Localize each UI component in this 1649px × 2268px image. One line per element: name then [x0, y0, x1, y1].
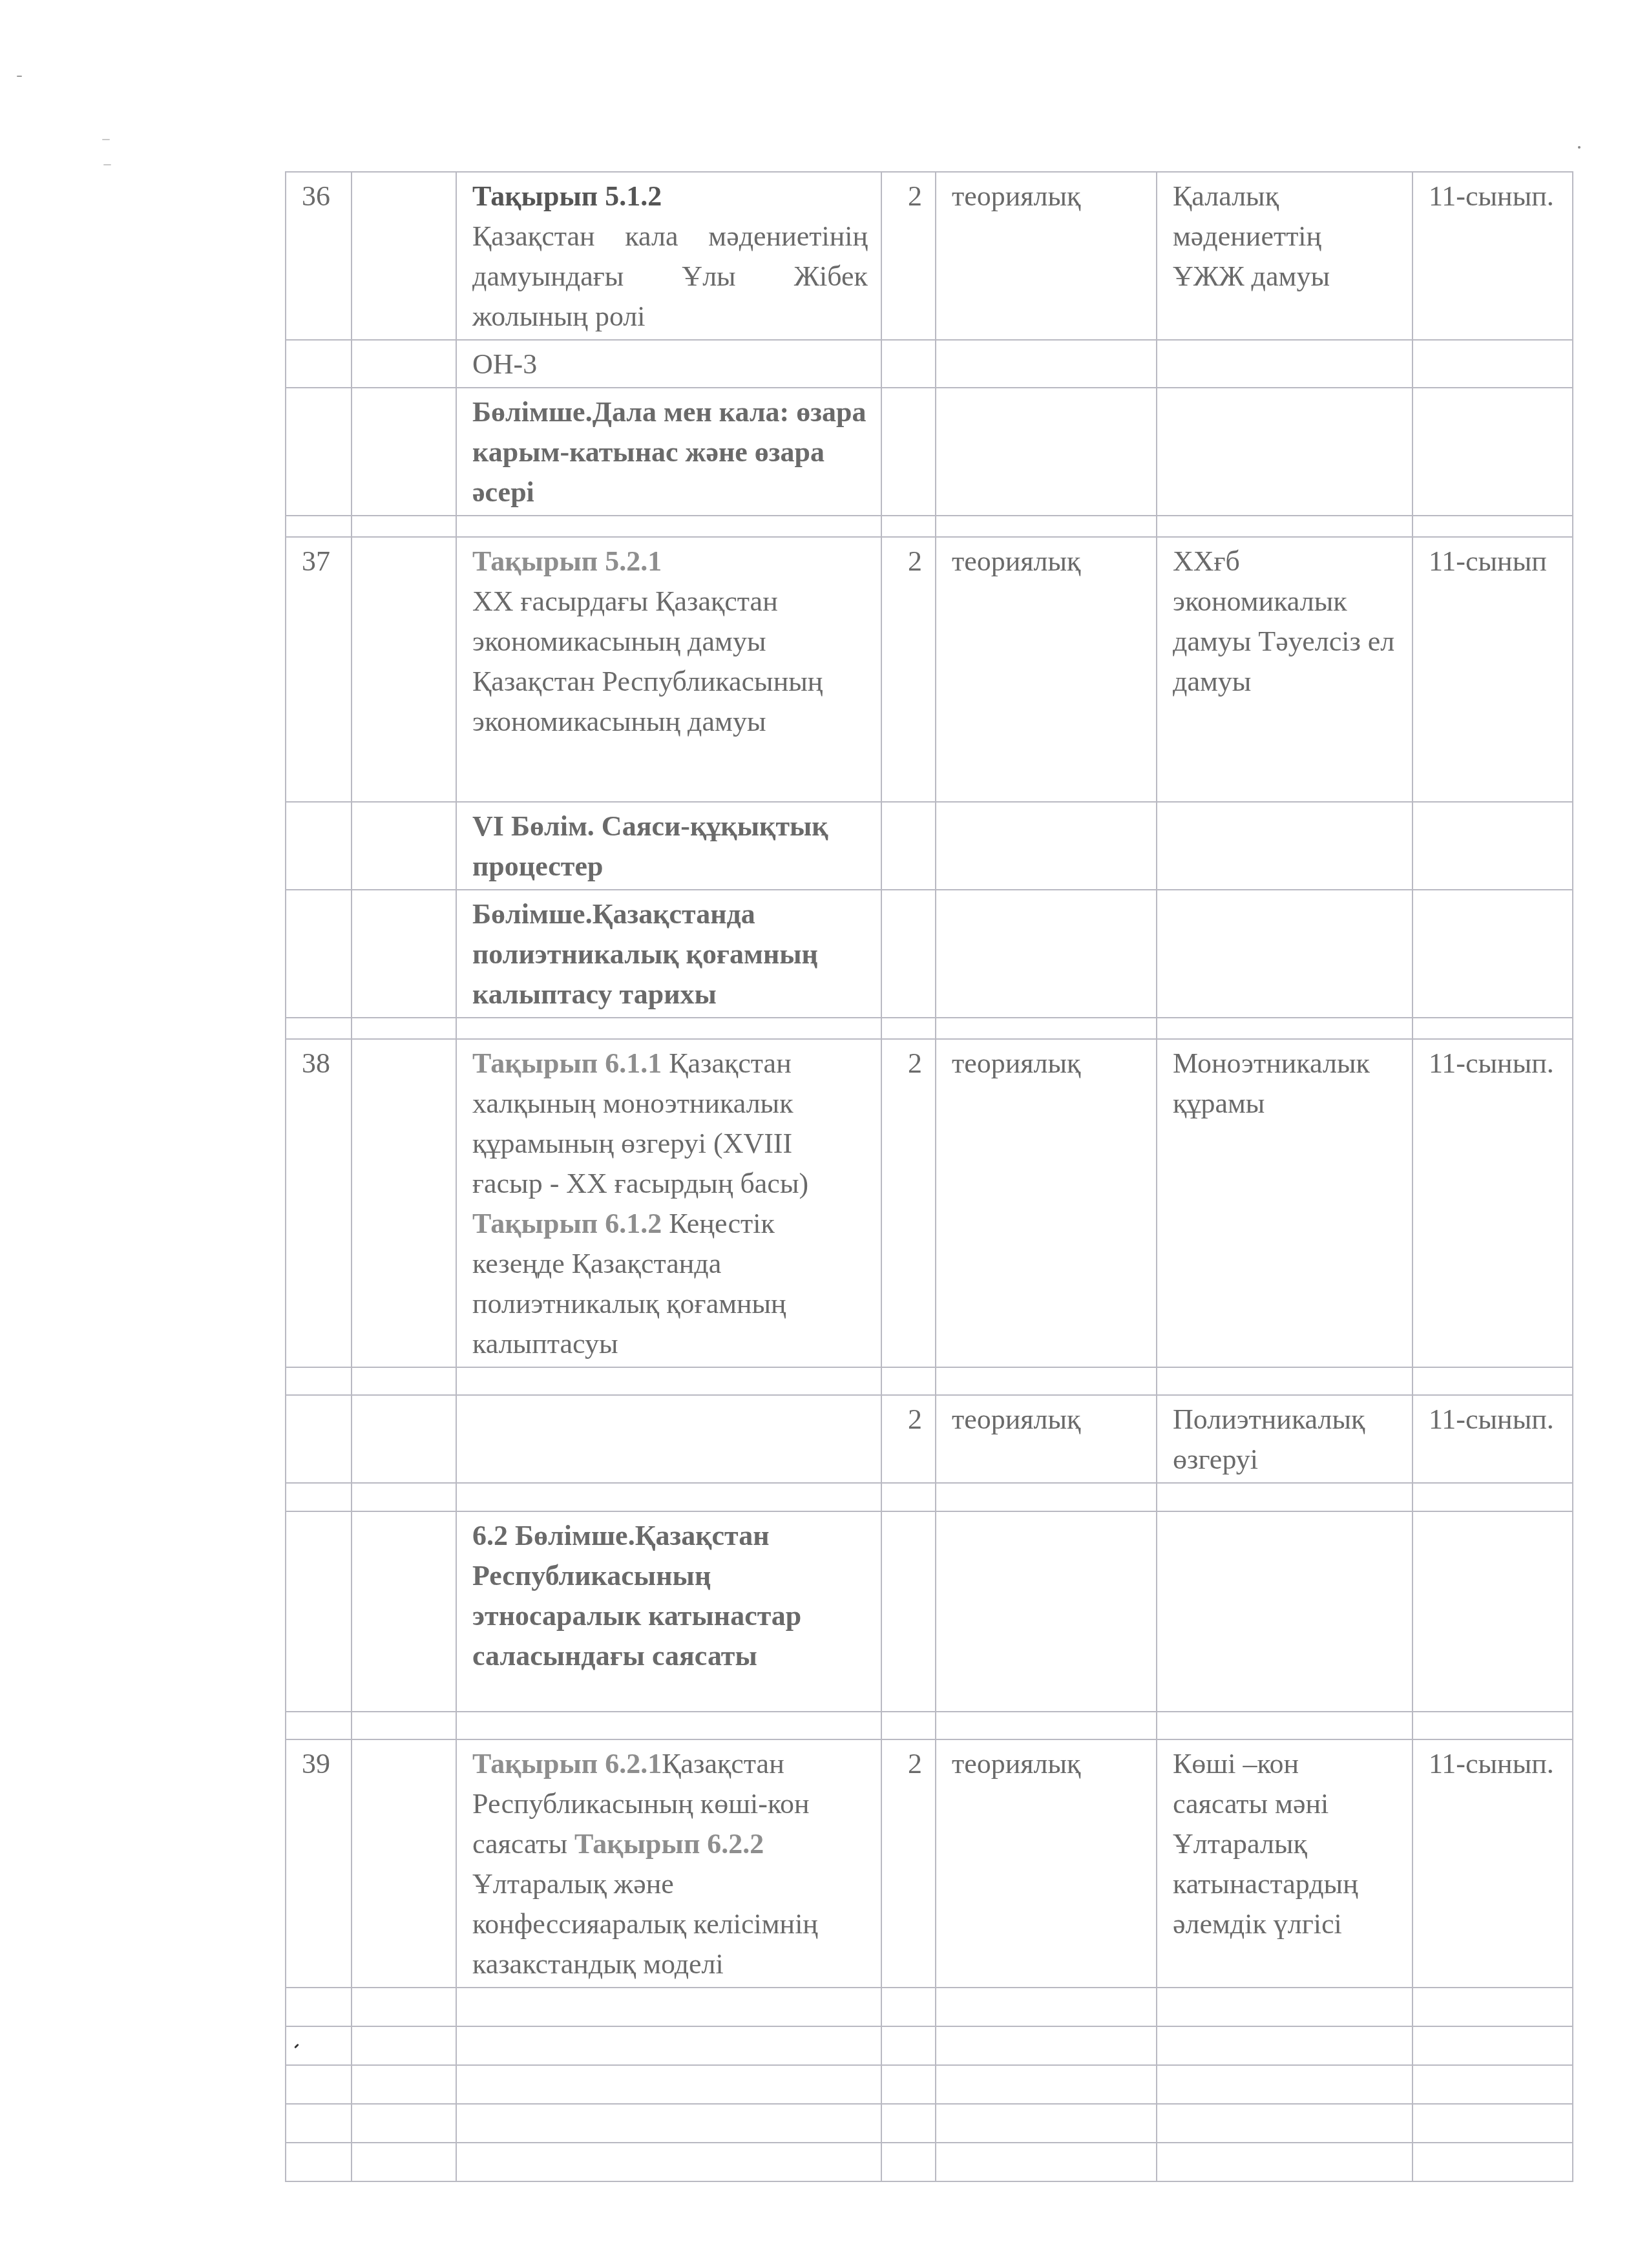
table-row-38: 38 Тақырып 6.1.1 Қазақстан халқының моно…: [286, 1039, 1573, 1367]
topic-text: XX ғасырдағы Қазақстан экономикасының да…: [472, 582, 868, 742]
grade-cell: 11-сынып.: [1413, 1739, 1573, 1988]
hours-cell: 2: [881, 1739, 936, 1988]
table-row-spacer: [286, 1712, 1573, 1739]
table-row-section: VI Бөлім. Саяси-құқықтық процестер: [286, 802, 1573, 890]
lesson-type-cell: теориялық: [936, 537, 1157, 802]
date-cell: [352, 1739, 456, 1988]
grade-cell: 11-сынып.: [1413, 1039, 1573, 1367]
lesson-type-cell: теориялық: [936, 172, 1157, 340]
hours-cell: 2: [881, 537, 936, 802]
table-row-section: Бөлімше.Дала мен кала: өзара карым-катын…: [286, 388, 1573, 516]
scan-speck: [102, 139, 110, 140]
topic-title-2: Тақырып 6.2.2: [574, 1828, 764, 1860]
table-row-empty: [286, 2143, 1573, 2181]
content-cell: Моноэтникалык құрамы: [1157, 1039, 1413, 1367]
grade-cell: 11-сынып.: [1413, 172, 1573, 340]
table-row-empty: [286, 2026, 1573, 2065]
section-heading: VI Бөлім. Саяси-құқықтық процестер: [456, 802, 881, 890]
table-row-note: ОН-3: [286, 340, 1573, 388]
lesson-type-cell: теориялық: [936, 1739, 1157, 1988]
lesson-number: [286, 1395, 352, 1483]
date-cell: [352, 1039, 456, 1367]
hours-cell: 2: [881, 172, 936, 340]
lesson-type-cell: теориялық: [936, 1395, 1157, 1483]
table-row-empty: [286, 2104, 1573, 2143]
table-row-37: 37 Тақырып 5.2.1 XX ғасырдағы Қазақстан …: [286, 537, 1573, 802]
topic-title-2: Тақырып 6.1.2: [472, 1208, 662, 1239]
table-row-spacer: [286, 1018, 1573, 1039]
hours-cell: 2: [881, 1395, 936, 1483]
table-row-section: 6.2 Бөлімше.Қазақстан Республикасының эт…: [286, 1511, 1573, 1712]
section-heading: 6.2 Бөлімше.Қазақстан Республикасының эт…: [456, 1511, 881, 1712]
content-cell: XXғб экономикалык дамуы Тәуелсіз ел даму…: [1157, 537, 1413, 802]
date-cell: [352, 537, 456, 802]
topic-text-2: Ұлтаралық және конфессияаралық келісімні…: [472, 1868, 818, 1980]
table-row-spacer: [286, 516, 1573, 537]
curriculum-table: 36 Тақырып 5.1.2 Қазақстан кала мәдениет…: [285, 171, 1573, 2182]
grade-cell: 11-сынып.: [1413, 1395, 1573, 1483]
lesson-type-cell: теориялық: [936, 1039, 1157, 1367]
table-row-spacer: [286, 1483, 1573, 1511]
lesson-number: 39: [286, 1739, 352, 1988]
table-row-39: 39 Тақырып 6.2.1Қазақстан Республикасыны…: [286, 1739, 1573, 1988]
topic-title: Тақырып 6.1.1: [472, 1047, 662, 1079]
scan-speck: [17, 76, 22, 77]
section-heading: Бөлімше.Қазақстанда полиэтникалық қоғамн…: [456, 890, 881, 1018]
scan-speck: [1578, 146, 1581, 149]
topic-cell: Тақырып 6.2.1Қазақстан Республикасының к…: [456, 1739, 881, 1988]
table-row-empty: [286, 2065, 1573, 2104]
table-row-spacer: [286, 1367, 1573, 1395]
content-cell: Полиэтникалық өзгеруі: [1157, 1395, 1413, 1483]
grade-cell: 11-сынып: [1413, 537, 1573, 802]
lesson-number: 36: [286, 172, 352, 340]
topic-text: Қазақстан кала мәдениетінің дамуындағы Ұ…: [472, 216, 868, 337]
topic-cell: Тақырып 6.1.1 Қазақстан халқының моноэтн…: [456, 1039, 881, 1367]
table-row-section: Бөлімше.Қазақстанда полиэтникалық қоғамн…: [286, 890, 1573, 1018]
content-cell: Қалалық мәдениеттің ҰЖЖ дамуы: [1157, 172, 1413, 340]
lesson-number: 38: [286, 1039, 352, 1367]
table-row-empty: [286, 1988, 1573, 2026]
lesson-number: 37: [286, 537, 352, 802]
topic-cell: Тақырып 5.2.1 XX ғасырдағы Қазақстан эко…: [456, 537, 881, 802]
topic-cell: [456, 1395, 881, 1483]
topic-title: Тақырып 5.2.1: [472, 541, 868, 582]
table-row-unnumbered: 2 теориялық Полиэтникалық өзгеруі 11-сын…: [286, 1395, 1573, 1483]
section-heading: Бөлімше.Дала мен кала: өзара карым-катын…: [456, 388, 881, 516]
hours-cell: 2: [881, 1039, 936, 1367]
table-row-36: 36 Тақырып 5.1.2 Қазақстан кала мәдениет…: [286, 172, 1573, 340]
date-cell: [352, 1395, 456, 1483]
date-cell: [352, 172, 456, 340]
outcome-note: ОН-3: [456, 340, 881, 388]
topic-title: Тақырып 6.2.1: [472, 1748, 662, 1780]
topic-title: Тақырып 5.1.2: [472, 176, 868, 216]
content-cell: Көші –кон саясаты мәні Ұлтаралық катынас…: [1157, 1739, 1413, 1988]
scan-speck: [103, 164, 111, 165]
topic-cell: Тақырып 5.1.2 Қазақстан кала мәдениетіні…: [456, 172, 881, 340]
